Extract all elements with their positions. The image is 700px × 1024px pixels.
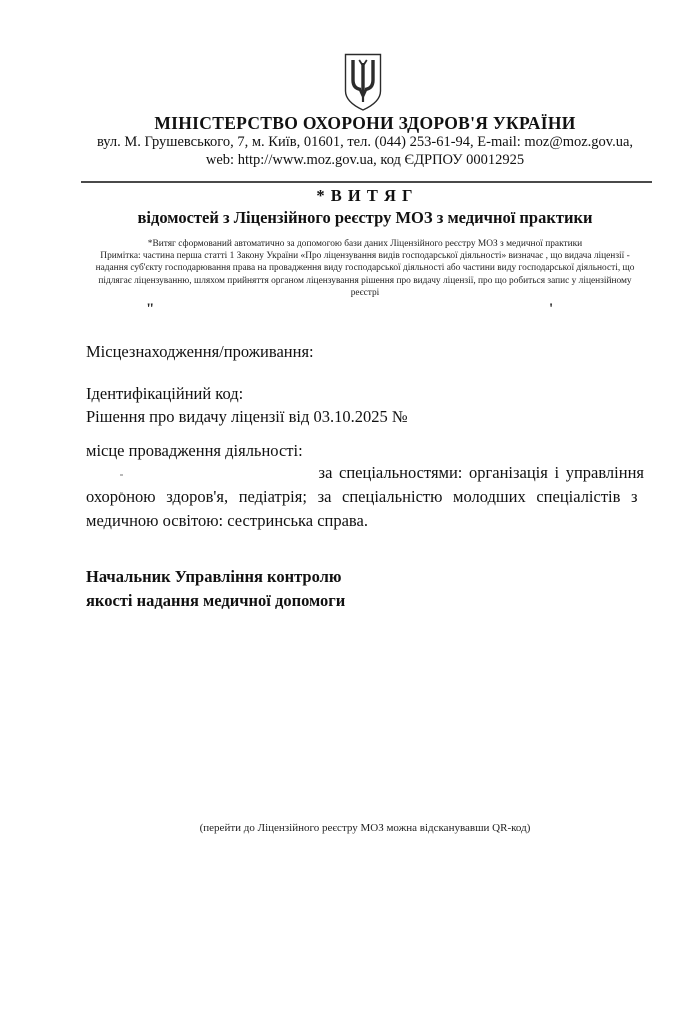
note-line: Примітка: частина перша статті 1 Закону … (70, 250, 660, 262)
license-decision-line: Рішення про видачу ліцензії від 03.10.20… (86, 407, 644, 427)
note-line: *Витяг сформований автоматично за допомо… (70, 238, 660, 250)
ukraine-trident-emblem-icon (343, 53, 383, 112)
licensee-name-open-quote: " (146, 301, 154, 318)
ministry-web-line: web: http://www.moz.gov.ua, код ЄДРПОУ 0… (30, 152, 700, 169)
header-divider-line (81, 181, 652, 183)
place-of-activity-label: місце провадження діяльності: (86, 441, 644, 461)
ministry-name: МІНІСТЕРСТВО ОХОРОНИ ЗДОРОВ'Я УКРАЇНИ (30, 113, 700, 134)
location-label: Місцезнаходження/проживання: (86, 342, 644, 362)
ministry-address-line: вул. М. Грушевського, 7, м. Київ, 01601,… (30, 134, 700, 151)
specialties-paragraph-line: медичною освітою: сестринська справа. (86, 511, 644, 531)
specialties-paragraph-line: охороною здоров'я, педіатрія; за спеціал… (86, 487, 644, 507)
note-line: реєстрі (70, 287, 660, 299)
licensee-name-close-quote: ' (549, 301, 553, 318)
signatory-title-line: якості надання медичної допомоги (86, 591, 506, 611)
specialties-paragraph-line: за спеціальностями: організація і управл… (86, 463, 644, 483)
qr-code-note: (перейти до Ліцензійного реєстру МОЗ мож… (30, 822, 700, 834)
note-line: підлягає ліцензуванню, шляхом прийняття … (70, 275, 660, 287)
document-page: МІНІСТЕРСТВО ОХОРОНИ ЗДОРОВ'Я УКРАЇНИ ву… (0, 0, 700, 1024)
document-title: * В И Т Я Г (30, 186, 700, 206)
auto-generation-note: *Витяг сформований автоматично за допомо… (70, 238, 660, 299)
note-line: надання суб'єкту господарювання права на… (70, 262, 660, 274)
document-subtitle: відомостей з Ліцензійного реєстру МОЗ з … (30, 208, 700, 228)
id-code-label: Ідентифікаційний код: (86, 384, 644, 404)
signatory-title-line: Начальник Управління контролю (86, 567, 506, 587)
